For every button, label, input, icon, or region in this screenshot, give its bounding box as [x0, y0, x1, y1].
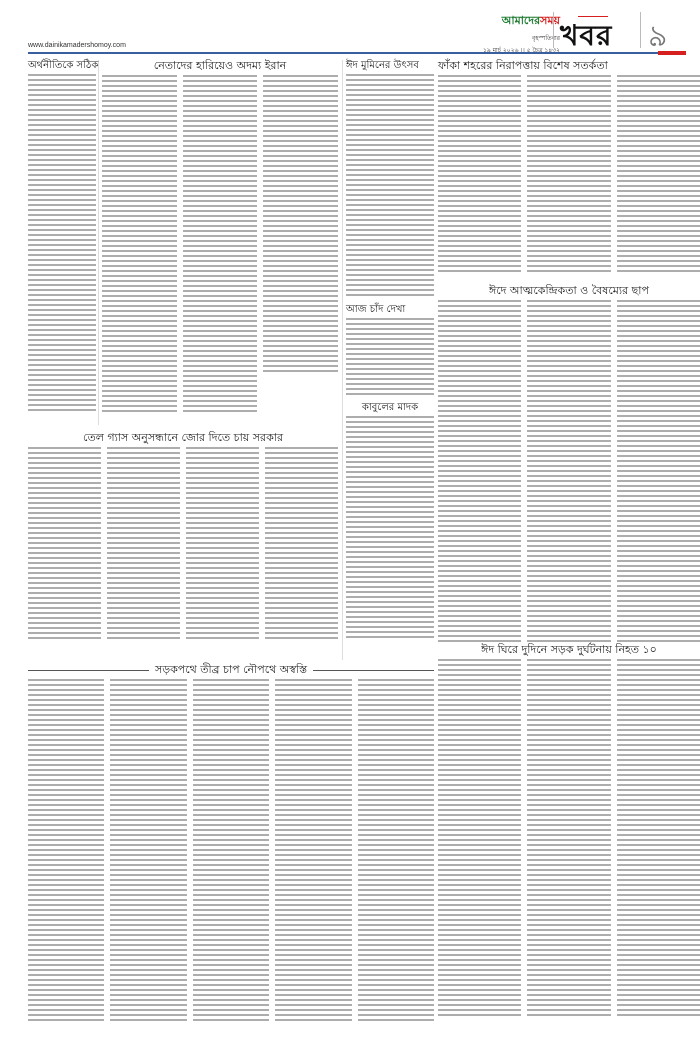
story-eid-inequality[interactable]: ঈদে আত্মকেন্দ্রিকতা ও বৈষম্যের ছাপ [438, 285, 700, 645]
site-url[interactable]: www.dainikamadershomoy.com [28, 42, 126, 49]
article-body [107, 447, 180, 642]
header-accent-bar [658, 51, 686, 55]
story-empty-city[interactable]: ফাঁকা শহরের নিরাপত্তায় বিশেষ সতর্কতা [438, 60, 700, 275]
article-body [617, 659, 700, 1019]
article-body [438, 659, 521, 1019]
divider [313, 670, 434, 671]
story-road-accidents[interactable]: ঈদ ঘিরে দুদিনে সড়ক দুর্ঘটনায় নিহত ১০ [438, 644, 700, 1019]
article-body [275, 679, 351, 1024]
story-kabul-drugs[interactable]: কাবুলের মাদক [346, 402, 434, 641]
article-body [28, 679, 104, 1024]
article-body [346, 318, 434, 398]
issue-date: ১৯ মার্চ ২০২৬ ।। ৫ চৈত্র ১৪৩২ [445, 45, 560, 56]
issue-day: বৃহস্পতিবার [445, 33, 560, 44]
story-moon-sighting[interactable]: আজ চাঁদ দেখা [346, 304, 434, 398]
divider [640, 12, 641, 48]
masthead: www.dainikamadershomoy.com আমাদেরসময় বৃ… [0, 0, 700, 56]
story-iran[interactable]: নেতাদের হারিয়েও অদম্য ইরান [102, 60, 338, 415]
headline[interactable]: নেতাদের হারিয়েও অদম্য ইরান [102, 60, 338, 72]
headline[interactable]: ঈদ মুমিনের উৎসব [346, 60, 434, 71]
headline[interactable]: সড়কপথে তীব্র চাপ নৌপথে অস্বস্তি [155, 664, 307, 676]
article-body [438, 300, 521, 645]
article-body [358, 679, 434, 1024]
story-roads-waterways[interactable]: সড়কপথে তীব্র চাপ নৌপথে অস্বস্তি [28, 664, 434, 1024]
column-rule [98, 60, 99, 425]
article-body [28, 74, 96, 414]
header-rule [28, 52, 658, 54]
article-body [28, 447, 101, 642]
article-body [110, 679, 186, 1024]
article-body [346, 74, 434, 299]
headline[interactable]: ফাঁকা শহরের নিরাপত্তায় বিশেষ সতর্কতা [438, 60, 700, 72]
headline-with-rules: সড়কপথে তীব্র চাপ নৌপথে অস্বস্তি [28, 664, 434, 676]
headline[interactable]: তেল গ্যাস অনুসন্ধানে জোর দিতে চায় সরকার [28, 432, 338, 444]
headline[interactable]: অর্থনীতিকে সঠিক [28, 60, 96, 71]
headline[interactable]: ঈদ ঘিরে দুদিনে সড়ক দুর্ঘটনায় নিহত ১০ [438, 644, 700, 656]
divider [28, 670, 149, 671]
article-body [617, 75, 700, 275]
article-body [527, 300, 610, 645]
article-body [438, 75, 521, 275]
newspaper-brand: আমাদেরসময় বৃহস্পতিবার ১৯ মার্চ ২০২৬ ।। … [445, 12, 560, 56]
article-body [265, 447, 338, 642]
article-body [183, 75, 258, 415]
article-body [617, 300, 700, 645]
divider [553, 12, 554, 48]
article-body [193, 679, 269, 1024]
story-economy[interactable]: অর্থনীতিকে সঠিক [28, 60, 96, 414]
article-body [527, 75, 610, 275]
brand-logo: আমাদেরসময় [445, 12, 560, 31]
article-body [527, 659, 610, 1019]
article-body [346, 416, 434, 641]
story-oil-gas[interactable]: তেল গ্যাস অনুসন্ধানে জোর দিতে চায় সরকার [28, 432, 338, 642]
story-eid-festival[interactable]: ঈদ মুমিনের উৎসব [346, 60, 434, 299]
column-rule [342, 60, 343, 660]
headline[interactable]: কাবুলের মাদক [346, 402, 434, 413]
article-body [186, 447, 259, 642]
article-body [102, 75, 177, 415]
headline[interactable]: ঈদে আত্মকেন্দ্রিকতা ও বৈষম্যের ছাপ [438, 285, 700, 297]
page-number: ৯ [648, 12, 667, 63]
article-body [263, 75, 338, 375]
headline[interactable]: আজ চাঁদ দেখা [346, 304, 434, 315]
